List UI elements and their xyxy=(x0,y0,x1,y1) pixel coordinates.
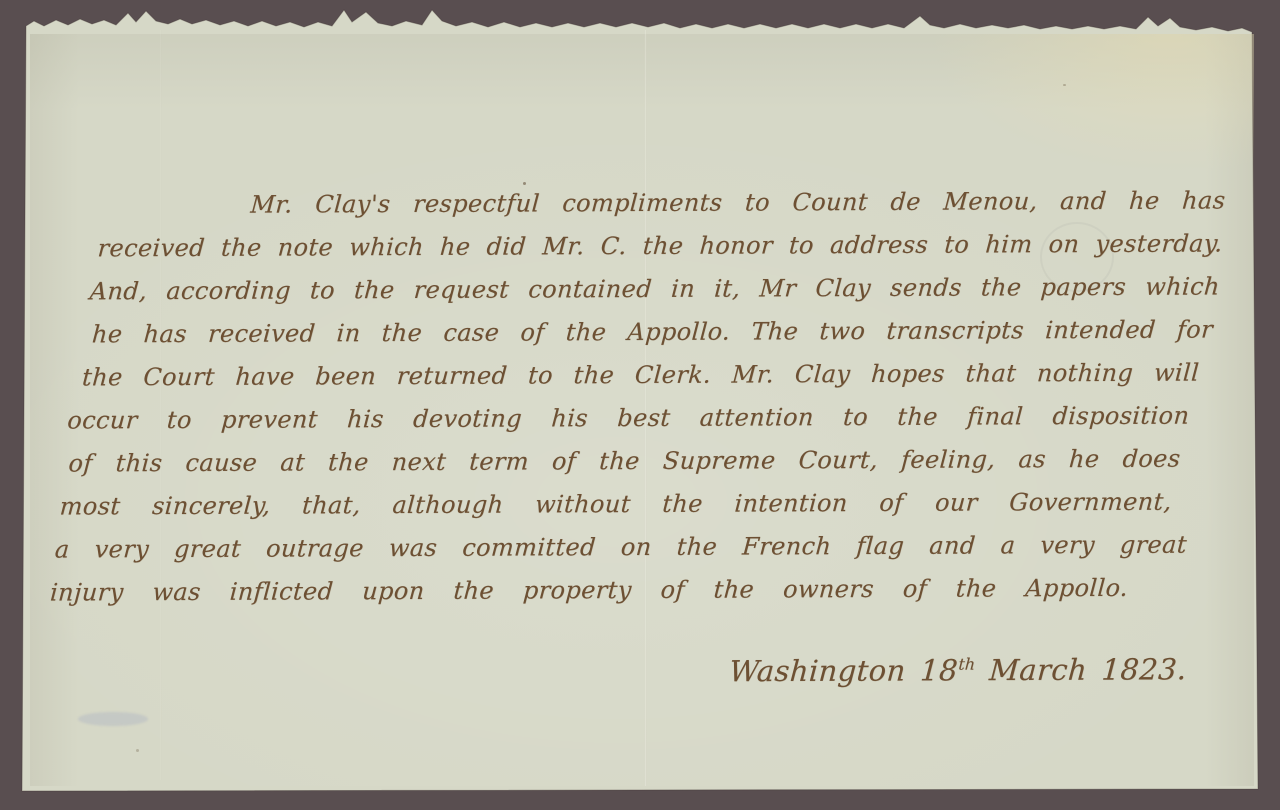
letter-line: the Court have been returned to the Cler… xyxy=(63,351,1216,399)
letter-line: of this cause at the next term of the Su… xyxy=(57,437,1210,485)
dateline: Washington 18th March 1823. xyxy=(43,640,1197,699)
dateline-ordinal: th xyxy=(958,655,976,674)
dateline-place-day: Washington 18 xyxy=(728,653,959,688)
letter-line: most sincerely, that, although without t… xyxy=(54,481,1207,529)
letter-line: And, according to the request contained … xyxy=(68,265,1221,313)
photograph-background: Mr. Clay's respectful compliments to Cou… xyxy=(0,0,1280,810)
letter-line: occur to prevent his devoting his best a… xyxy=(60,394,1213,442)
letter-line: a very great outrage was committed on th… xyxy=(51,524,1204,572)
handwritten-letter-body: Mr. Clay's respectful compliments to Cou… xyxy=(43,179,1227,698)
dateline-month-year: March 1823. xyxy=(974,652,1188,687)
letter-line: he has received in the case of the Appol… xyxy=(66,308,1219,356)
letter-line: injury was inflicted upon the property o… xyxy=(49,567,1202,615)
letter-line: Mr. Clay's respectful compliments to Cou… xyxy=(74,179,1227,227)
letter-line: received the note which he did Mr. C. th… xyxy=(71,222,1224,270)
